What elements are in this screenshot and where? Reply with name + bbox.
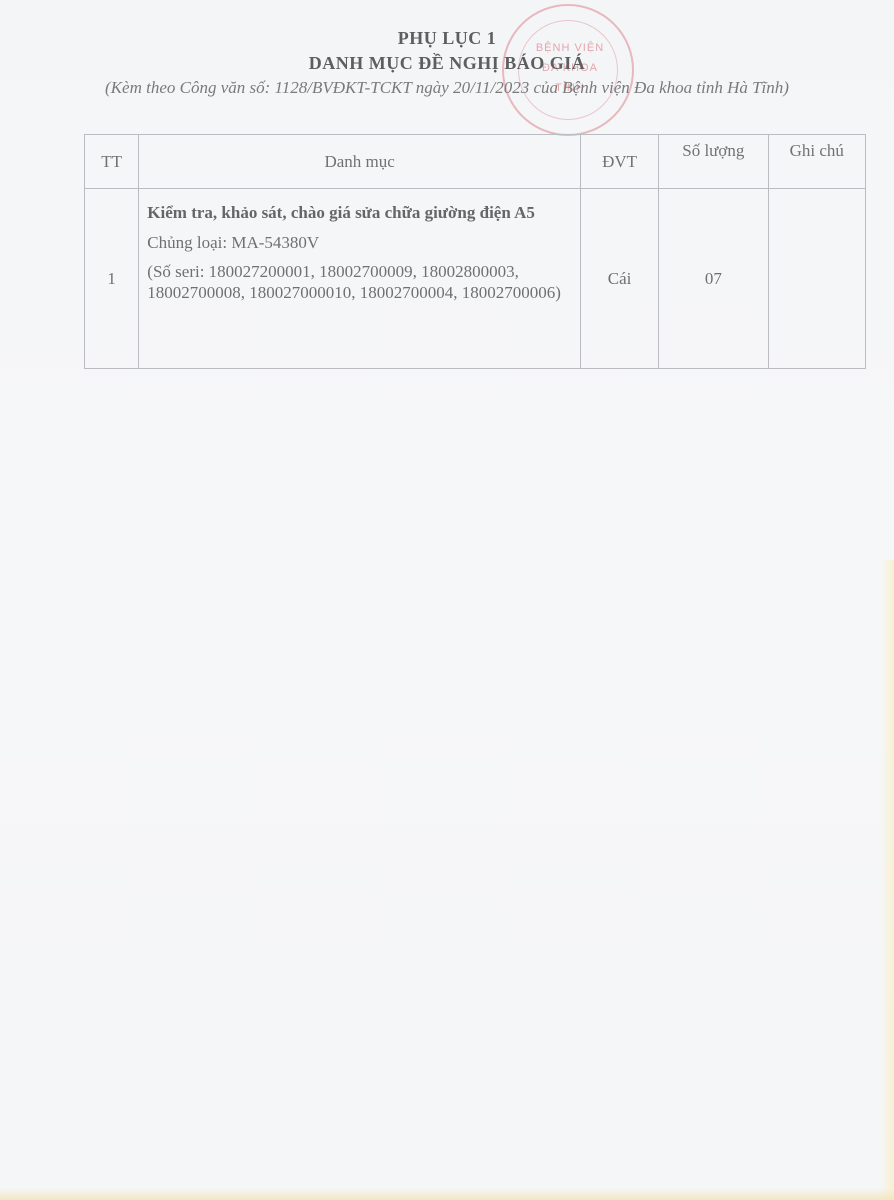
table-row: 1 Kiểm tra, khảo sát, chào giá sửa chữa … — [85, 189, 866, 369]
row-dvt: Cái — [581, 189, 659, 369]
row-so-luong: 07 — [659, 189, 768, 369]
item-name: Kiểm tra, khảo sát, chào giá sửa chữa gi… — [147, 201, 572, 225]
quotation-table: TT Danh mục ĐVT Số lượng Ghi chú 1 Kiểm … — [84, 134, 866, 369]
paper-bottom-edge — [0, 1188, 894, 1200]
reference-note: (Kèm theo Công văn số: 1128/BVĐKT-TCKT n… — [97, 76, 797, 100]
item-serials: (Số seri: 180027200001, 18002700009, 180… — [147, 261, 572, 303]
header-ghi-chu: Ghi chú — [768, 135, 865, 189]
header-danh-muc: Danh mục — [139, 135, 581, 189]
row-tt: 1 — [85, 189, 139, 369]
list-heading: DANH MỤC ĐỀ NGHỊ BÁO GIÁ — [0, 50, 894, 76]
header-tt: TT — [85, 135, 139, 189]
document-header: PHỤ LỤC 1 DANH MỤC ĐỀ NGHỊ BÁO GIÁ (Kèm … — [0, 26, 894, 100]
header-dvt: ĐVT — [581, 135, 659, 189]
item-type: Chủng loại: MA-54380V — [147, 231, 572, 255]
appendix-title: PHỤ LỤC 1 — [0, 26, 894, 50]
header-so-luong: Số lượng — [659, 135, 768, 189]
document-page: BỆNH VIỆN ĐA KHOA TỈNH PHỤ LỤC 1 DANH MỤ… — [0, 0, 894, 1200]
row-danh-muc: Kiểm tra, khảo sát, chào giá sửa chữa gi… — [139, 189, 581, 369]
row-ghi-chu — [768, 189, 865, 369]
table-header-row: TT Danh mục ĐVT Số lượng Ghi chú — [85, 135, 866, 189]
paper-edge-shadow — [880, 560, 894, 1200]
